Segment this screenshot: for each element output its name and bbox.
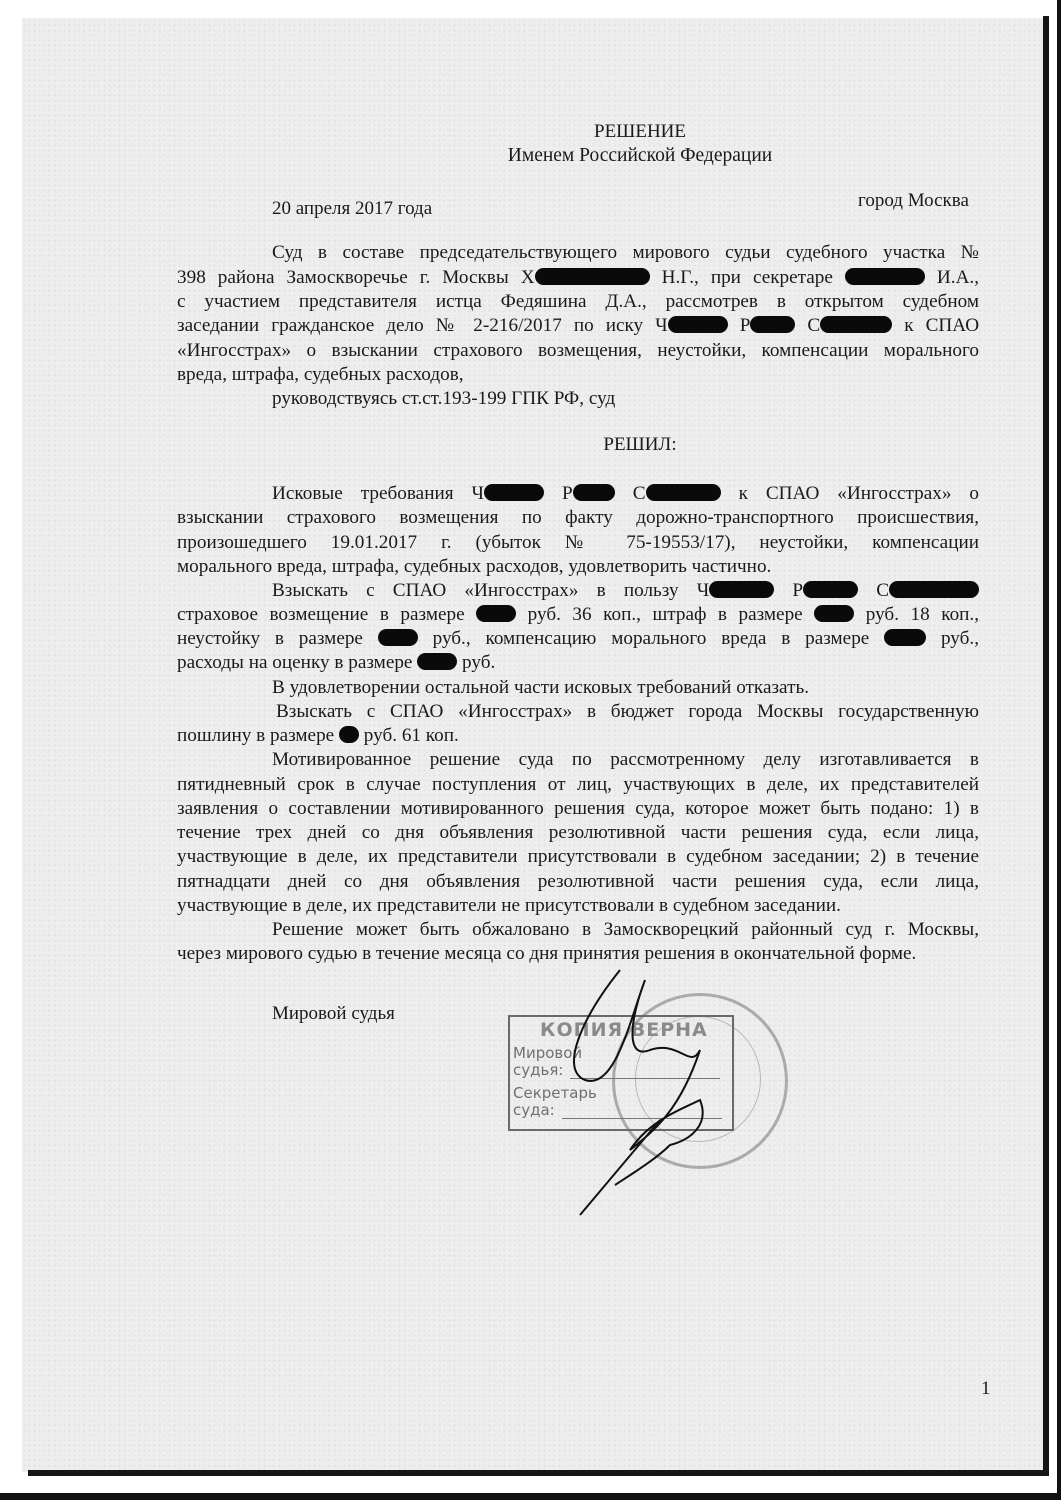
- document-subtitle: Именем Российской Федерации: [0, 145, 1061, 167]
- ruling-line-19: Решение может быть обжаловано в Замоскво…: [272, 918, 979, 942]
- ruling-line-16: участвующие в деле, их представители при…: [177, 845, 979, 869]
- intro-line-5: «Ингосстрах» о взыскании страхового возм…: [177, 339, 979, 363]
- redacted-name: [535, 268, 650, 285]
- ruling-line-15: течение трех дней со дня объявления резо…: [177, 821, 979, 845]
- ruling-line-1: Исковые требования Ч Р С к СПАО «Ингосст…: [272, 482, 979, 506]
- ruling-line-3: произошедшего 19.01.2017 г. (убыток № 75…: [177, 531, 979, 555]
- redacted-name: [889, 581, 979, 598]
- page-shadow-bottom: [28, 1470, 1049, 1476]
- stamp-secretary-label-2: суда:: [513, 1102, 555, 1119]
- intro-line-2: 398 района Замоскворечье г. Москвы Х Н.Г…: [177, 266, 979, 290]
- scan-edge-right: [1057, 0, 1061, 1500]
- redacted-name: [484, 484, 544, 501]
- ruling-line-6: страховое возмещение в размере руб. 36 к…: [177, 603, 979, 627]
- ruling-line-18: участвующие в деле, их представители не …: [177, 894, 979, 918]
- ruling-line-5: Взыскать с СПАО «Ингосстрах» в пользу Ч …: [272, 579, 979, 603]
- ruling-line-9: В удовлетворении остальной части исковых…: [272, 676, 979, 700]
- redacted-amount: [339, 726, 359, 743]
- redacted-name: [646, 484, 721, 501]
- scan-edge-bottom: [0, 1493, 1061, 1500]
- ruling-line-8: расходы на оценку в размере руб.: [177, 651, 979, 675]
- signature-icon: [560, 960, 740, 1220]
- ruling-line-2: взыскании страхового возмещения по факту…: [177, 506, 979, 530]
- ruling-line-7: неустойку в размере руб., компенсацию мо…: [177, 627, 979, 651]
- ruling-line-17: пятнадцати дней со дня объявления резолю…: [177, 870, 979, 894]
- redacted-name: [750, 316, 795, 333]
- redacted-amount: [378, 629, 418, 646]
- redacted-amount: [814, 605, 854, 622]
- ruling-line-4: морального вреда, штрафа, судебных расхо…: [177, 555, 979, 579]
- ruling-line-13: пятидневный срок в случае поступления от…: [177, 773, 979, 797]
- redacted-amount: [417, 653, 457, 670]
- page-number: 1: [981, 1377, 991, 1401]
- document-date: 20 апреля 2017 года: [272, 197, 432, 221]
- redacted-name: [573, 484, 615, 501]
- redacted-name: [820, 316, 892, 333]
- redacted-amount: [884, 629, 926, 646]
- ruling-line-12: Мотивированное решение суда по рассмотре…: [272, 748, 979, 772]
- intro-line-6: вреда, штрафа, судебных расходов,: [177, 363, 979, 387]
- decided-heading: РЕШИЛ:: [0, 434, 1061, 456]
- redacted-name: [709, 581, 774, 598]
- document-title: РЕШЕНИЕ: [0, 121, 1061, 143]
- ruling-line-10: Взыскать с СПАО «Ингосстрах» в бюджет го…: [276, 700, 979, 724]
- page-shadow-right: [1043, 16, 1049, 1476]
- redacted-amount: [476, 605, 516, 622]
- intro-line-4: заседании гражданское дело № 2-216/2017 …: [177, 314, 979, 338]
- redacted-name: [668, 316, 728, 333]
- intro-line-7: руководствуясь ст.ст.193-199 ГПК РФ, суд: [272, 387, 979, 411]
- ruling-line-11: пошлину в размере руб. 61 коп.: [177, 724, 979, 748]
- redacted-name: [803, 581, 858, 598]
- stamp-judge-label-2: судья:: [513, 1062, 563, 1079]
- ruling-line-14: заявления о составлении мотивированного …: [177, 797, 979, 821]
- intro-line-1: Суд в составе председательствующего миро…: [272, 241, 979, 265]
- signatory-label: Мировой судья: [272, 1002, 395, 1026]
- document-city: город Москва: [858, 189, 969, 213]
- redacted-name: [845, 268, 925, 285]
- intro-line-3: с участием представителя истца Федяшина …: [177, 290, 979, 314]
